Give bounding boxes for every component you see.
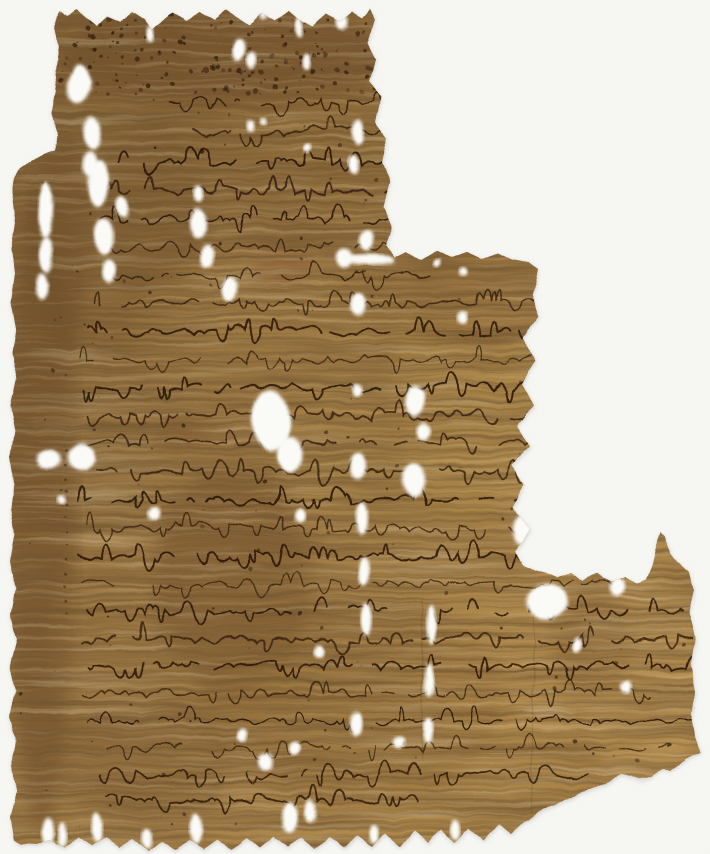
speck xyxy=(169,52,171,54)
speck xyxy=(201,507,203,509)
speck xyxy=(117,86,119,88)
speck xyxy=(196,112,198,114)
speck xyxy=(499,515,502,518)
speck xyxy=(16,691,20,695)
lacuna-hole xyxy=(146,505,158,519)
speck xyxy=(176,711,180,715)
lacuna-hole xyxy=(101,259,115,281)
speck xyxy=(311,309,313,311)
speck xyxy=(43,418,45,420)
speck xyxy=(211,604,213,606)
speck xyxy=(314,43,317,46)
speck xyxy=(247,770,249,772)
speck xyxy=(227,113,230,116)
lacuna-hole xyxy=(422,661,432,695)
speck xyxy=(322,429,326,433)
speck xyxy=(322,50,327,55)
lacuna-hole xyxy=(292,507,304,521)
speck xyxy=(160,40,164,44)
speck xyxy=(134,55,139,60)
speck xyxy=(110,30,113,33)
speck xyxy=(146,289,150,293)
speck xyxy=(248,29,251,32)
speck xyxy=(330,80,334,84)
speck xyxy=(253,88,258,93)
speck xyxy=(181,422,185,426)
speck xyxy=(148,57,151,60)
speck xyxy=(122,60,124,62)
lacuna-hole xyxy=(414,421,428,439)
speck xyxy=(359,28,363,32)
speck xyxy=(152,145,155,148)
lacuna-hole xyxy=(56,821,64,845)
speck xyxy=(349,396,350,397)
speck xyxy=(264,79,265,80)
speck xyxy=(49,368,53,372)
speck xyxy=(199,526,203,530)
crease-dot xyxy=(63,488,66,491)
speck xyxy=(169,821,171,823)
speck xyxy=(112,79,114,81)
lacuna-hole xyxy=(358,603,370,633)
speck xyxy=(283,89,287,93)
speck xyxy=(217,240,221,244)
speck xyxy=(213,62,218,67)
speck xyxy=(227,66,231,70)
speck xyxy=(123,81,124,82)
speck xyxy=(362,47,366,51)
speck xyxy=(444,588,448,592)
lacuna-hole xyxy=(35,274,47,298)
speck xyxy=(84,26,89,31)
lacuna-hole xyxy=(192,183,202,201)
lacuna-hole xyxy=(237,726,247,740)
speck xyxy=(63,372,66,375)
speck xyxy=(262,450,263,451)
speck xyxy=(313,759,316,762)
lacuna-hole xyxy=(525,582,565,618)
lacuna-hole xyxy=(312,643,322,657)
speck xyxy=(321,48,324,51)
speck xyxy=(88,64,92,68)
speck xyxy=(313,88,316,91)
crease-dot xyxy=(63,544,65,546)
speck xyxy=(93,80,98,85)
speck xyxy=(681,641,685,645)
speck xyxy=(133,48,135,50)
speck xyxy=(176,40,181,45)
speck xyxy=(275,18,279,22)
lacuna-hole xyxy=(94,218,112,254)
speck xyxy=(302,28,304,30)
lacuna-hole xyxy=(401,461,423,495)
lacuna-hole xyxy=(347,709,361,735)
speck xyxy=(74,267,76,269)
speck xyxy=(104,41,105,42)
speck xyxy=(313,29,316,32)
speck xyxy=(221,55,222,56)
speck xyxy=(612,753,614,755)
lacuna-hole xyxy=(450,818,460,838)
lacuna-hole xyxy=(349,452,365,478)
speck xyxy=(211,53,214,56)
lacuna-hole xyxy=(403,385,423,415)
lacuna-hole xyxy=(81,150,95,174)
speck xyxy=(52,316,55,319)
speck xyxy=(243,83,246,86)
speck xyxy=(223,88,228,93)
lacuna-hole xyxy=(66,442,94,468)
speck xyxy=(313,40,314,41)
speck xyxy=(141,36,144,39)
speck xyxy=(283,181,284,182)
speck xyxy=(133,72,135,74)
speck xyxy=(262,27,263,28)
speck xyxy=(363,73,368,78)
lacuna-hole xyxy=(188,207,204,237)
speck xyxy=(570,738,574,742)
speck xyxy=(280,41,285,46)
speck xyxy=(516,453,518,455)
speck xyxy=(243,77,246,80)
speck xyxy=(116,40,119,43)
speck xyxy=(200,68,202,70)
speck xyxy=(99,53,102,56)
speck xyxy=(207,22,210,25)
crease-dot xyxy=(63,462,66,465)
speck xyxy=(359,663,360,664)
speck xyxy=(94,61,96,63)
speck xyxy=(162,71,166,75)
speck xyxy=(344,433,347,436)
speck xyxy=(90,740,91,741)
speck xyxy=(58,314,60,316)
speck xyxy=(289,63,291,65)
speck xyxy=(92,46,96,50)
lacuna-hole xyxy=(455,309,465,321)
speck xyxy=(17,711,19,713)
speck xyxy=(413,754,415,756)
speck xyxy=(246,565,250,569)
speck xyxy=(244,69,246,71)
scanned-page xyxy=(0,0,710,854)
speck xyxy=(202,65,207,70)
speck xyxy=(59,487,61,489)
speck xyxy=(371,175,375,179)
speck xyxy=(149,447,152,450)
lacuna-hole xyxy=(459,265,467,275)
speck xyxy=(309,70,313,74)
lacuna-hole xyxy=(280,800,296,832)
lacuna-hole xyxy=(301,51,309,69)
lacuna-hole xyxy=(116,195,128,217)
speck xyxy=(328,176,331,179)
speck xyxy=(83,691,84,692)
speck xyxy=(133,31,136,34)
speck xyxy=(76,825,77,826)
speck xyxy=(362,269,364,271)
lacuna-hole xyxy=(432,258,440,266)
speck xyxy=(118,33,122,37)
lacuna-hole xyxy=(347,152,357,172)
speck xyxy=(261,58,265,62)
speck xyxy=(223,141,225,143)
speck xyxy=(102,37,104,39)
speck xyxy=(498,625,501,628)
speck xyxy=(260,478,264,482)
speck xyxy=(260,92,261,93)
speck xyxy=(259,68,264,73)
speck xyxy=(129,702,132,705)
speck xyxy=(323,729,326,732)
speck xyxy=(296,311,299,314)
speck xyxy=(189,719,191,721)
crease-dot xyxy=(62,501,65,504)
speck xyxy=(27,627,28,628)
speck xyxy=(333,66,338,71)
speck xyxy=(385,486,388,489)
speck xyxy=(179,35,183,39)
speck xyxy=(300,235,303,238)
speck xyxy=(367,65,371,69)
speck xyxy=(138,48,142,52)
speck xyxy=(58,76,63,81)
speck xyxy=(235,742,237,744)
speck xyxy=(82,323,84,325)
speck xyxy=(296,612,300,616)
speck xyxy=(211,24,214,27)
lacuna-hole xyxy=(230,36,244,60)
speck xyxy=(168,274,170,276)
speck xyxy=(295,92,297,94)
lacuna-hole xyxy=(188,811,200,843)
speck xyxy=(264,78,265,79)
speck xyxy=(334,48,336,50)
speck xyxy=(164,28,165,29)
lacuna-hole xyxy=(353,500,365,532)
speck xyxy=(112,40,114,42)
lacuna-hole xyxy=(424,602,434,642)
lacuna-hole xyxy=(421,715,431,741)
speck xyxy=(218,21,219,22)
speck xyxy=(247,646,249,648)
lacuna-hole xyxy=(36,182,52,238)
speck xyxy=(213,57,215,59)
speck xyxy=(109,45,112,48)
lacuna-hole xyxy=(55,492,63,502)
speck xyxy=(115,71,116,72)
speck xyxy=(27,544,29,546)
speck xyxy=(343,60,347,64)
lacuna-hole xyxy=(38,237,52,273)
speck xyxy=(362,196,365,199)
speck xyxy=(371,86,373,88)
speck xyxy=(109,805,112,808)
speck xyxy=(352,28,357,33)
speck xyxy=(93,91,94,92)
speck xyxy=(234,85,236,87)
lacuna-hole xyxy=(344,254,392,264)
lacuna-hole xyxy=(303,800,315,820)
speck xyxy=(182,811,186,815)
speck xyxy=(155,52,159,56)
lacuna-hole xyxy=(258,751,272,769)
speck xyxy=(187,67,191,71)
speck xyxy=(43,787,45,789)
speck xyxy=(319,45,321,47)
speck xyxy=(61,60,64,63)
speck xyxy=(634,758,638,762)
speck xyxy=(351,749,353,751)
speck xyxy=(131,17,134,20)
speck xyxy=(89,342,91,344)
speck xyxy=(51,668,52,669)
crease-dot xyxy=(64,477,66,479)
speck xyxy=(336,143,340,147)
lacuna-hole xyxy=(287,741,299,755)
speck xyxy=(72,42,76,46)
speck xyxy=(246,46,249,49)
speck xyxy=(246,90,251,95)
speck xyxy=(300,74,304,78)
speck xyxy=(308,697,310,699)
speck xyxy=(394,425,396,427)
speck xyxy=(392,542,394,544)
speck xyxy=(315,50,318,53)
speck xyxy=(588,623,590,625)
speck xyxy=(64,129,65,130)
speck xyxy=(142,420,144,422)
lacuna-hole xyxy=(89,815,101,843)
speck xyxy=(299,256,302,259)
speck xyxy=(310,51,314,55)
speck xyxy=(311,24,312,25)
speck xyxy=(274,63,277,66)
crease-dot xyxy=(62,583,65,586)
speck xyxy=(150,97,152,99)
speck xyxy=(297,80,298,81)
lacuna-hole xyxy=(350,118,362,142)
speck xyxy=(260,80,263,83)
crease-dot xyxy=(63,597,66,600)
speck xyxy=(90,33,95,38)
speck xyxy=(114,78,117,81)
speck xyxy=(278,32,281,35)
speck xyxy=(591,751,594,754)
lacuna-hole xyxy=(260,115,266,123)
speck xyxy=(116,51,117,52)
speck xyxy=(303,125,305,127)
speck xyxy=(553,675,557,679)
speck xyxy=(455,296,458,299)
speck xyxy=(79,55,83,59)
speck xyxy=(227,19,232,24)
speck xyxy=(287,27,290,30)
speck xyxy=(92,427,96,431)
speck xyxy=(358,89,363,94)
speck xyxy=(98,393,99,394)
speck xyxy=(206,281,209,284)
speck xyxy=(376,274,377,275)
speck xyxy=(273,75,277,79)
speck xyxy=(355,659,357,661)
speck xyxy=(232,820,234,822)
lacuna-hole xyxy=(198,242,212,266)
speck xyxy=(365,36,366,37)
speck xyxy=(319,625,323,629)
speck xyxy=(269,52,274,57)
speck xyxy=(291,65,293,67)
speck xyxy=(141,82,143,84)
speck xyxy=(342,69,346,73)
papyrus-scan-image xyxy=(0,0,710,854)
speck xyxy=(89,212,92,215)
lacuna-hole xyxy=(391,734,403,746)
lacuna-hole xyxy=(302,143,310,153)
speck xyxy=(335,46,336,47)
crease-dot xyxy=(62,571,65,574)
speck xyxy=(109,334,112,337)
speck xyxy=(137,483,139,485)
speck xyxy=(297,52,301,56)
speck xyxy=(192,90,195,93)
speck xyxy=(107,55,109,57)
lacuna-hole xyxy=(570,636,580,650)
lacuna-hole xyxy=(350,382,360,394)
speck xyxy=(317,84,322,89)
speck xyxy=(180,42,183,45)
speck xyxy=(76,41,78,43)
speck xyxy=(393,462,397,466)
lacuna-hole xyxy=(618,681,630,693)
speck xyxy=(344,88,349,93)
speck xyxy=(104,92,107,95)
crease-dot xyxy=(63,610,65,612)
speck xyxy=(159,75,162,78)
speck xyxy=(272,82,277,87)
lacuna-hole xyxy=(358,229,372,251)
lacuna-hole xyxy=(348,291,364,313)
speck xyxy=(121,53,124,56)
speck xyxy=(210,88,215,93)
speck xyxy=(509,506,512,509)
speck xyxy=(219,66,224,71)
speck xyxy=(561,626,563,628)
crease-dot xyxy=(62,515,64,517)
crease-dot xyxy=(64,531,66,533)
speck xyxy=(114,73,116,75)
speck xyxy=(134,91,136,93)
speck xyxy=(108,446,110,448)
lacuna-hole xyxy=(81,116,99,148)
speck xyxy=(298,59,302,63)
speck xyxy=(107,615,109,617)
lacuna-hole xyxy=(67,62,89,102)
speck xyxy=(255,509,257,511)
crease-dot xyxy=(62,558,64,560)
speck xyxy=(63,55,66,58)
speck xyxy=(583,619,585,621)
speck xyxy=(319,66,321,68)
speck xyxy=(164,61,167,64)
speck xyxy=(361,200,363,202)
speck xyxy=(281,57,286,62)
lacuna-hole xyxy=(367,824,377,842)
speck xyxy=(240,70,243,73)
crease-dot xyxy=(63,447,65,449)
speck xyxy=(168,80,173,85)
speck xyxy=(144,82,149,87)
